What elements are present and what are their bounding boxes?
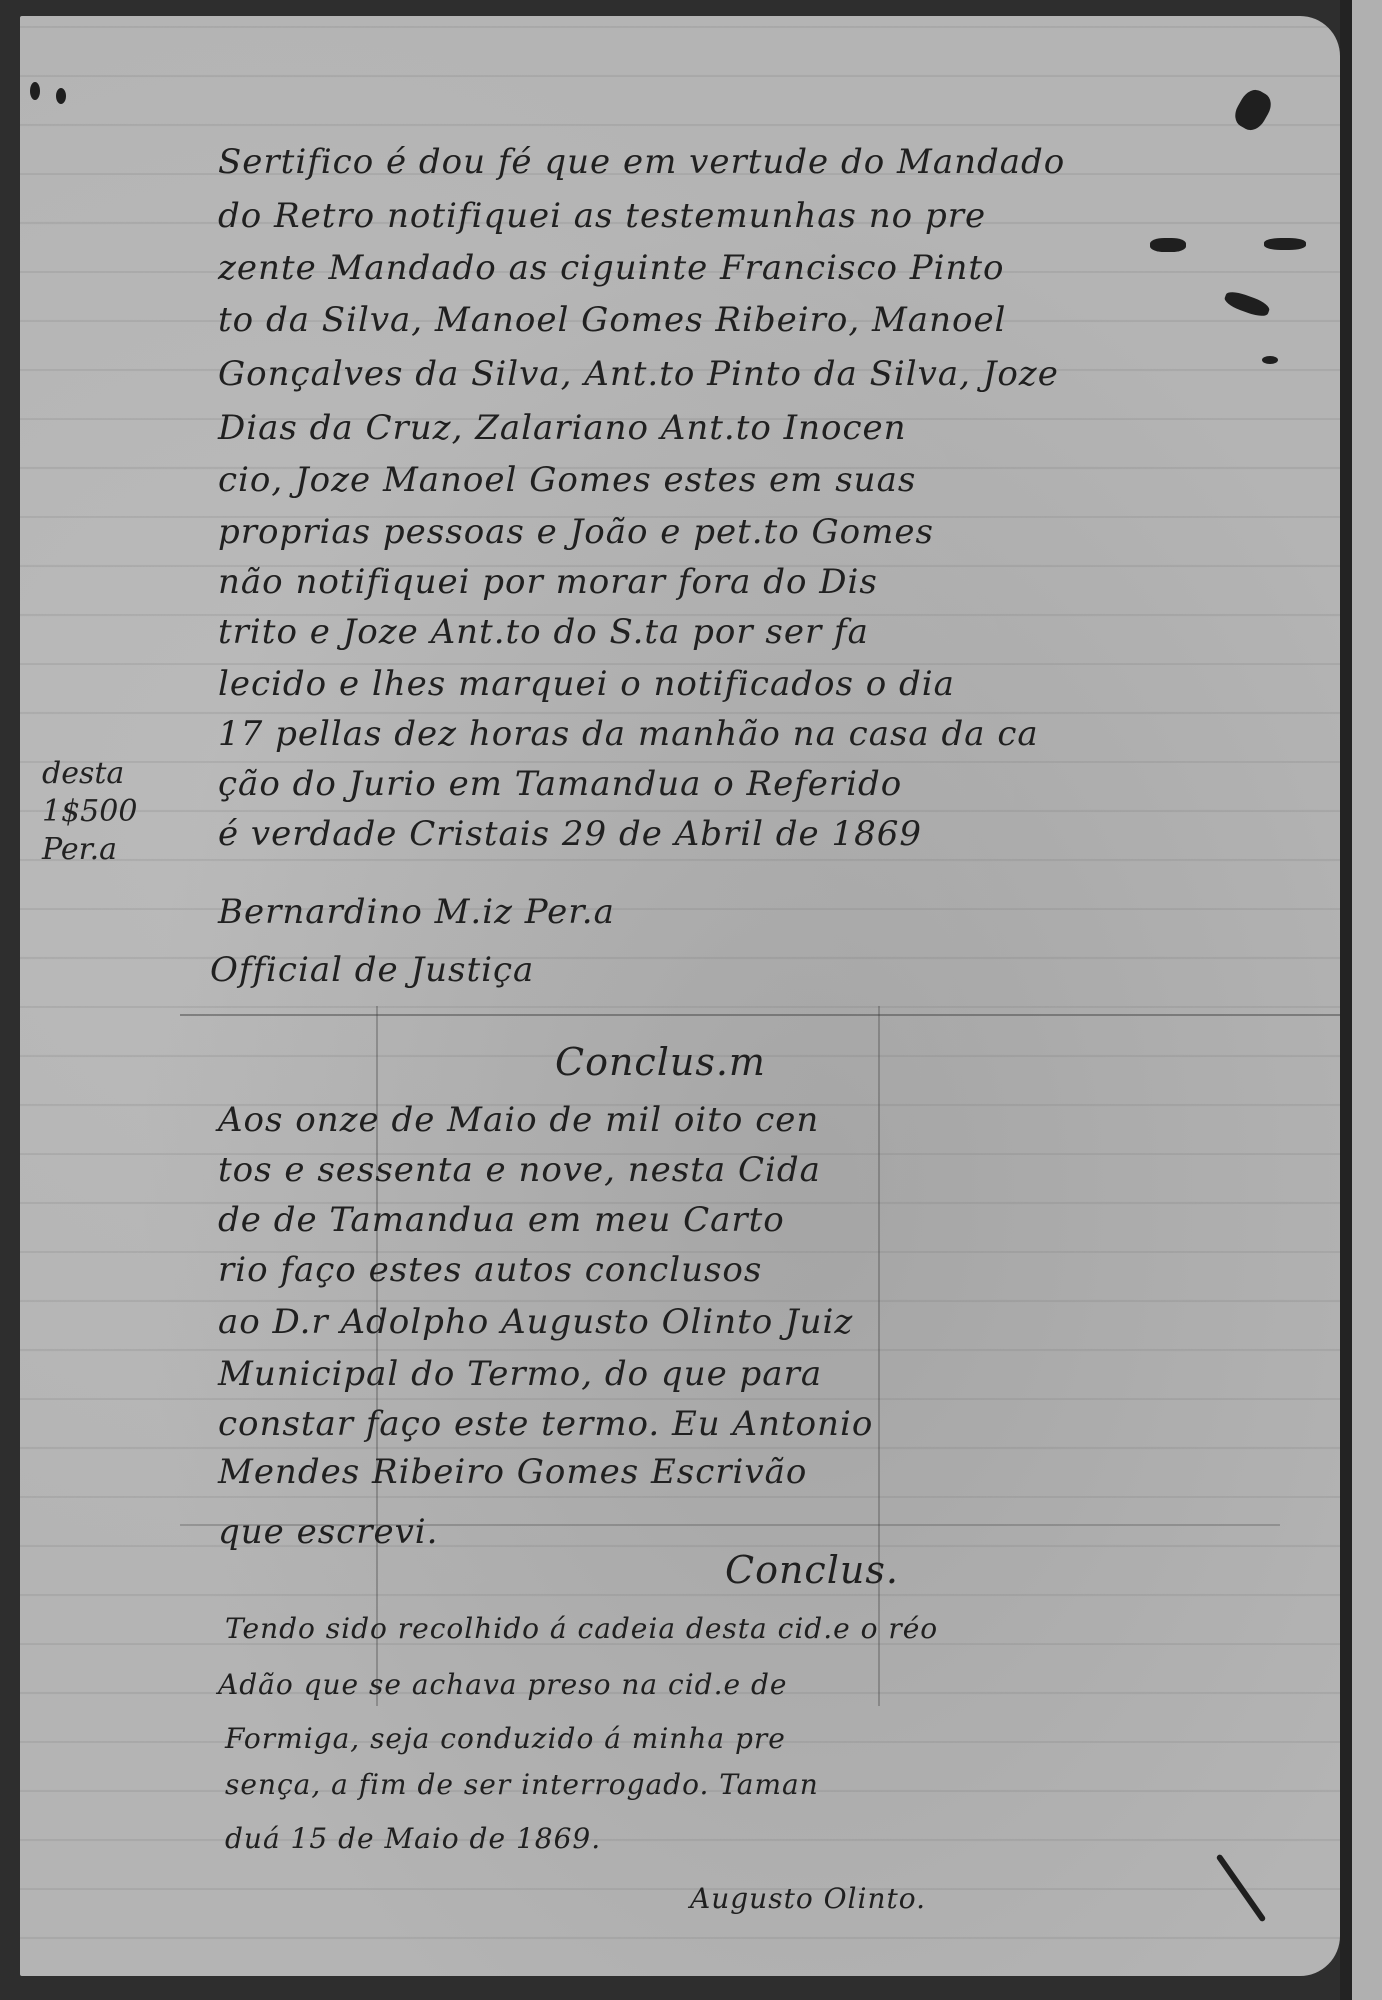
margin-note-line: Per.a <box>42 831 137 869</box>
margin-fee-note: desta 1$500 Per.a <box>42 755 137 869</box>
text-line: tos e sessenta e nove, nesta Cida <box>218 1150 821 1190</box>
text-line: Formiga, seja conduzido á minha pre <box>225 1722 786 1755</box>
text-line: ao D.r Adolpho Augusto Olinto Juiz <box>218 1302 853 1342</box>
text-line: Sertifico é dou fé que em vertude do Man… <box>218 142 1065 182</box>
text-line: duá 15 de Maio de 1869. <box>225 1822 601 1855</box>
text-line: proprias pessoas e João e pet.to Gomes <box>218 512 934 552</box>
signature-name: Augusto Olinto. <box>690 1882 926 1915</box>
text-line: 17 pellas dez horas da manhão na casa da… <box>218 714 1039 754</box>
text-line: trito e Joze Ant.to do S.ta por ser fa <box>218 612 869 652</box>
ink-blot <box>1264 238 1306 250</box>
text-line: sença, a fim de ser interrogado. Taman <box>225 1768 819 1801</box>
signature-title: Official de Justiça <box>210 950 534 990</box>
section-heading: Conclus.m <box>555 1040 766 1084</box>
text-line: é verdade Cristais 29 de Abril de 1869 <box>218 814 922 854</box>
text-line: Municipal do Termo, do que para <box>218 1354 822 1394</box>
text-line: Mendes Ribeiro Gomes Escrivão <box>218 1452 807 1492</box>
margin-note-line: desta <box>42 755 137 793</box>
text-line: de de Tamandua em meu Carto <box>218 1200 785 1240</box>
text-line: Dias da Cruz, Zalariano Ant.to Inocen <box>218 408 907 448</box>
text-line: do Retro notifiquei as testemunhas no pr… <box>218 196 986 236</box>
ink-blot <box>56 88 66 104</box>
text-line: ção do Jurio em Tamandua o Referido <box>218 764 902 804</box>
ink-blot <box>1262 356 1278 364</box>
ink-blot <box>30 82 40 100</box>
text-line: Tendo sido recolhido á cadeia desta cid.… <box>225 1612 938 1645</box>
text-line: Gonçalves da Silva, Ant.to Pinto da Silv… <box>218 354 1059 394</box>
text-line: Aos onze de Maio de mil oito cen <box>218 1100 819 1140</box>
text-line: lecido e lhes marquei o notificados o di… <box>218 664 955 704</box>
fold-crease-horizontal <box>180 1014 1340 1016</box>
text-line: constar faço este termo. Eu Antonio <box>218 1404 873 1444</box>
ink-blot <box>1150 238 1186 252</box>
margin-note-line: 1$500 <box>42 793 137 831</box>
fold-crease-vertical <box>878 1006 880 1706</box>
signature-name: Bernardino M.iz Per.a <box>218 892 615 932</box>
text-line: não notifiquei por morar fora do Dis <box>218 562 878 602</box>
text-line: cio, Joze Manoel Gomes estes em suas <box>218 460 916 500</box>
text-line: Adão que se achava preso na cid.e de <box>218 1668 787 1701</box>
text-line: to da Silva, Manoel Gomes Ribeiro, Manoe… <box>218 300 1006 340</box>
adjacent-page-edge <box>1352 0 1382 2000</box>
text-line: rio faço estes autos conclusos <box>218 1250 762 1290</box>
section-heading: Conclus. <box>725 1548 899 1592</box>
text-line: zente Mandado as ciguinte Francisco Pint… <box>218 248 1005 288</box>
text-line: que escrevi. <box>218 1512 438 1552</box>
